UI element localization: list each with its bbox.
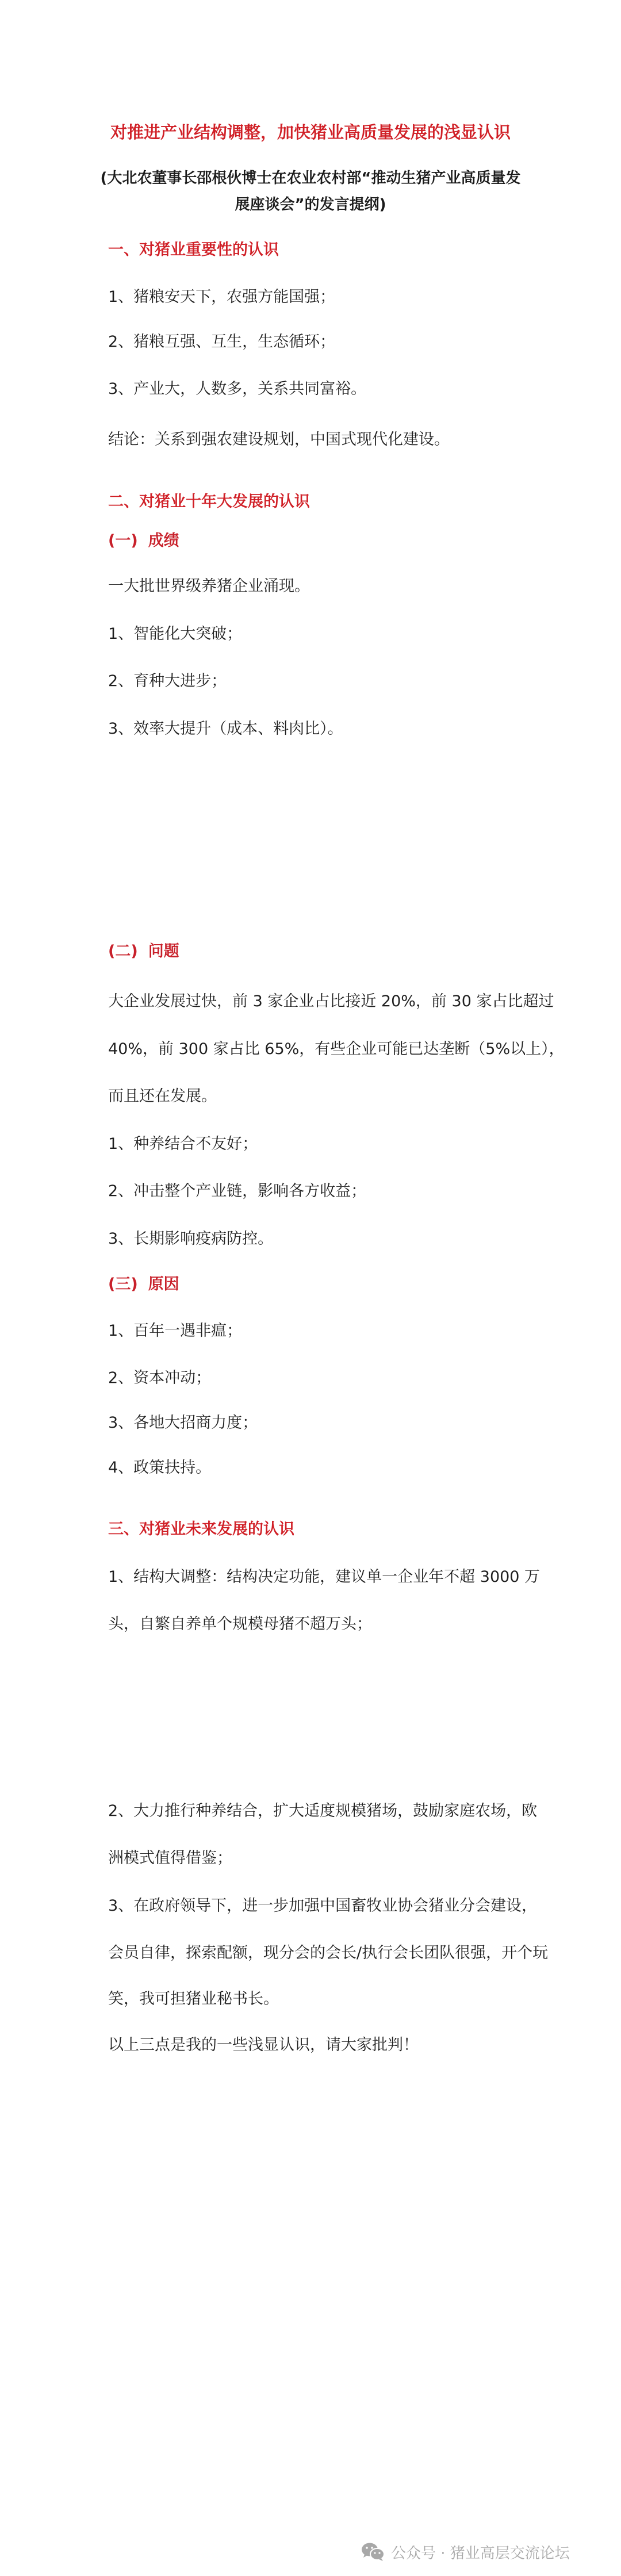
document-subtitle-line-1: (大北农董事长邵根伙博士在农业农村部“推动生猪产业高质量发 — [0, 168, 621, 188]
wechat-account-label: 公众号 · 猪业高层交流论坛 — [391, 2541, 570, 2563]
achievements-intro: 一大批世界级养猪企业涌现。 — [108, 577, 310, 596]
section-1-conclusion: 结论：关系到强农建设规划，中国式现代化建设。 — [108, 430, 450, 450]
subsection-marker: (一) — [108, 532, 138, 550]
future-item-1-line-2: 头，自繁自养单个规模母猪不超万头； — [108, 1615, 372, 1634]
section-1-item-1: 1、猪粮安天下，农强方能国强； — [108, 287, 335, 307]
future-item-1-line-1: 1、结构大调整：结构决定功能，建议单一企业年不超 3000 万 — [108, 1567, 540, 1587]
subsection-achievements-heading: (一)成绩 — [108, 531, 179, 551]
subsection-title: 成绩 — [148, 532, 179, 550]
problems-paragraph-line-3: 而且还在发展。 — [108, 1087, 217, 1106]
subsection-marker: (二) — [108, 942, 138, 960]
future-item-3-line-3: 笑，我可担猪业秘书长。 — [108, 1989, 279, 2009]
cause-item-4: 4、政策扶持。 — [108, 1458, 211, 1478]
section-3-heading: 三、对猪业未来发展的认识 — [108, 1520, 294, 1539]
achievement-item-1: 1、智能化大突破； — [108, 624, 242, 644]
future-item-3-line-2: 会员自律，探索配额，现分会的会长/执行会长团队很强，开个玩 — [108, 1943, 548, 1963]
subsection-title: 原因 — [148, 1275, 179, 1293]
future-item-2-line-1: 2、大力推行种养结合，扩大适度规模猪场，鼓励家庭农场，欧 — [108, 1801, 537, 1821]
section-1-item-3: 3、产业大，人数多，关系共同富裕。 — [108, 379, 366, 399]
future-item-2-line-2: 洲模式值得借鉴； — [108, 1849, 232, 1868]
subsection-marker: (三) — [108, 1275, 138, 1293]
achievement-item-3: 3、效率大提升（成本、料肉比）。 — [108, 719, 343, 739]
section-2-heading: 二、对猪业十年大发展的认识 — [108, 492, 310, 512]
problems-paragraph-line-2: 40%，前 300 家占比 65%，有些企业可能已达垄断（5%以上）， — [108, 1040, 565, 1059]
future-item-3-line-1: 3、在政府领导下，进一步加强中国畜牧业协会猪业分会建设， — [108, 1896, 537, 1916]
problem-item-3: 3、长期影响疫病防控。 — [108, 1229, 273, 1249]
cause-item-2: 2、资本冲动； — [108, 1368, 211, 1388]
achievement-item-2: 2、育种大进步； — [108, 672, 227, 691]
subsection-title: 问题 — [148, 942, 179, 960]
cause-item-1: 1、百年一遇非瘟； — [108, 1321, 242, 1341]
closing-remark: 以上三点是我的一些浅显认识，请大家批判！ — [108, 2035, 419, 2055]
wechat-icon — [361, 2542, 385, 2562]
subsection-causes-heading: (三)原因 — [108, 1275, 179, 1294]
problem-item-2: 2、冲击整个产业链，影响各方收益； — [108, 1182, 366, 1201]
wechat-account-watermark: 公众号 · 猪业高层交流论坛 — [361, 2542, 570, 2562]
problem-item-1: 1、种养结合不友好； — [108, 1134, 258, 1154]
section-1-heading: 一、对猪业重要性的认识 — [108, 240, 279, 260]
problems-paragraph-line-1: 大企业发展过快，前 3 家企业占比接近 20%，前 30 家占比超过 — [108, 992, 554, 1011]
document-title: 对推进产业结构调整，加快猪业高质量发展的浅显认识 — [0, 122, 621, 143]
section-1-item-2: 2、猪粮互强、互生，生态循环； — [108, 332, 335, 352]
subsection-problems-heading: (二)问题 — [108, 942, 179, 961]
cause-item-3: 3、各地大招商力度； — [108, 1413, 258, 1433]
document-subtitle-line-2: 展座谈会”的发言提纲) — [0, 195, 621, 214]
